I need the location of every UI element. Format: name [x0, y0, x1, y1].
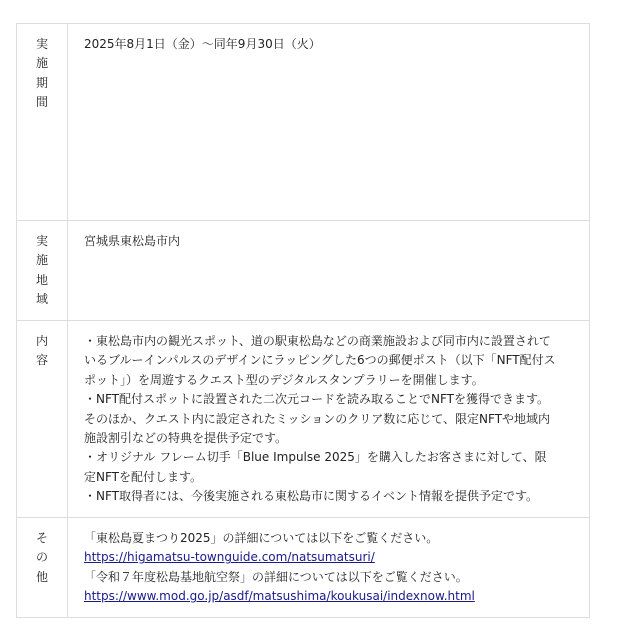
value-period: 2025年8月1日（金）～同年9月30日（火）: [68, 24, 590, 221]
label-char: 期: [17, 74, 67, 93]
label-content: 内 容: [17, 321, 68, 518]
value-content: ・東松島市内の観光スポット、道の駅東松島などの商業施設および同市内に設置されて …: [68, 321, 590, 518]
label-char: 内: [17, 332, 67, 351]
festival-note: 「東松島夏まつり2025」の詳細については以下をご覧ください。: [84, 529, 573, 548]
label-char: 域: [17, 290, 67, 309]
value-area: 宮城県東松島市内: [68, 221, 590, 321]
label-char: の: [17, 548, 67, 567]
content-line: いるブルーインパルスのデザインにラッピングした6つの郵便ポスト（以下「NFT配付…: [84, 351, 573, 370]
content-line: そのほか、クエスト内に設定されたミッションのクリア数に応じて、限定NFTや地域内: [84, 410, 573, 429]
period-text: 2025年8月1日（金）～同年9月30日（火）: [84, 35, 573, 54]
label-char: 施: [17, 54, 67, 73]
content-line: 定NFTを配付します。: [84, 468, 573, 487]
content-line: ・東松島市内の観光スポット、道の駅東松島などの商業施設および同市内に設置されて: [84, 332, 573, 351]
content-line: ・NFT配付スポットに設置された二次元コードを読み取ることでNFTを獲得できます…: [84, 390, 573, 409]
label-char: 実: [17, 232, 67, 251]
content-line: ・オリジナル フレーム切手「Blue Impulse 2025」を購入したお客さ…: [84, 448, 573, 467]
label-char: 間: [17, 93, 67, 112]
label-char: そ: [17, 529, 67, 548]
value-other: 「東松島夏まつり2025」の詳細については以下をご覧ください。 https://…: [68, 518, 590, 618]
content-line: ポット」）を周遊するクエスト型のデジタルスタンプラリーを開催します。: [84, 371, 573, 390]
label-char: 容: [17, 351, 67, 370]
airshow-note: 「令和７年度松島基地航空祭」の詳細については以下をご覧ください。: [84, 568, 573, 587]
area-text: 宮城県東松島市内: [84, 232, 573, 251]
content-line: ・NFT取得者には、今後実施される東松島市に関するイベント情報を提供予定です。: [84, 487, 573, 506]
event-info-table: 実 施 期 間 2025年8月1日（金）～同年9月30日（火） 実 施 地 域 …: [16, 23, 590, 618]
content-line: 施設割引などの特典を提供予定です。: [84, 429, 573, 448]
label-char: 実: [17, 35, 67, 54]
row-content: 内 容 ・東松島市内の観光スポット、道の駅東松島などの商業施設および同市内に設置…: [17, 321, 590, 518]
label-char: 地: [17, 271, 67, 290]
festival-link[interactable]: https://higamatsu-townguide.com/natsumat…: [84, 548, 573, 567]
label-period: 実 施 期 間: [17, 24, 68, 221]
label-char: 他: [17, 568, 67, 587]
label-char: 施: [17, 251, 67, 270]
airshow-link[interactable]: https://www.mod.go.jp/asdf/matsushima/ko…: [84, 587, 573, 606]
row-other: そ の 他 「東松島夏まつり2025」の詳細については以下をご覧ください。 ht…: [17, 518, 590, 618]
row-area: 実 施 地 域 宮城県東松島市内: [17, 221, 590, 321]
label-other: そ の 他: [17, 518, 68, 618]
row-period: 実 施 期 間 2025年8月1日（金）～同年9月30日（火）: [17, 24, 590, 221]
label-area: 実 施 地 域: [17, 221, 68, 321]
